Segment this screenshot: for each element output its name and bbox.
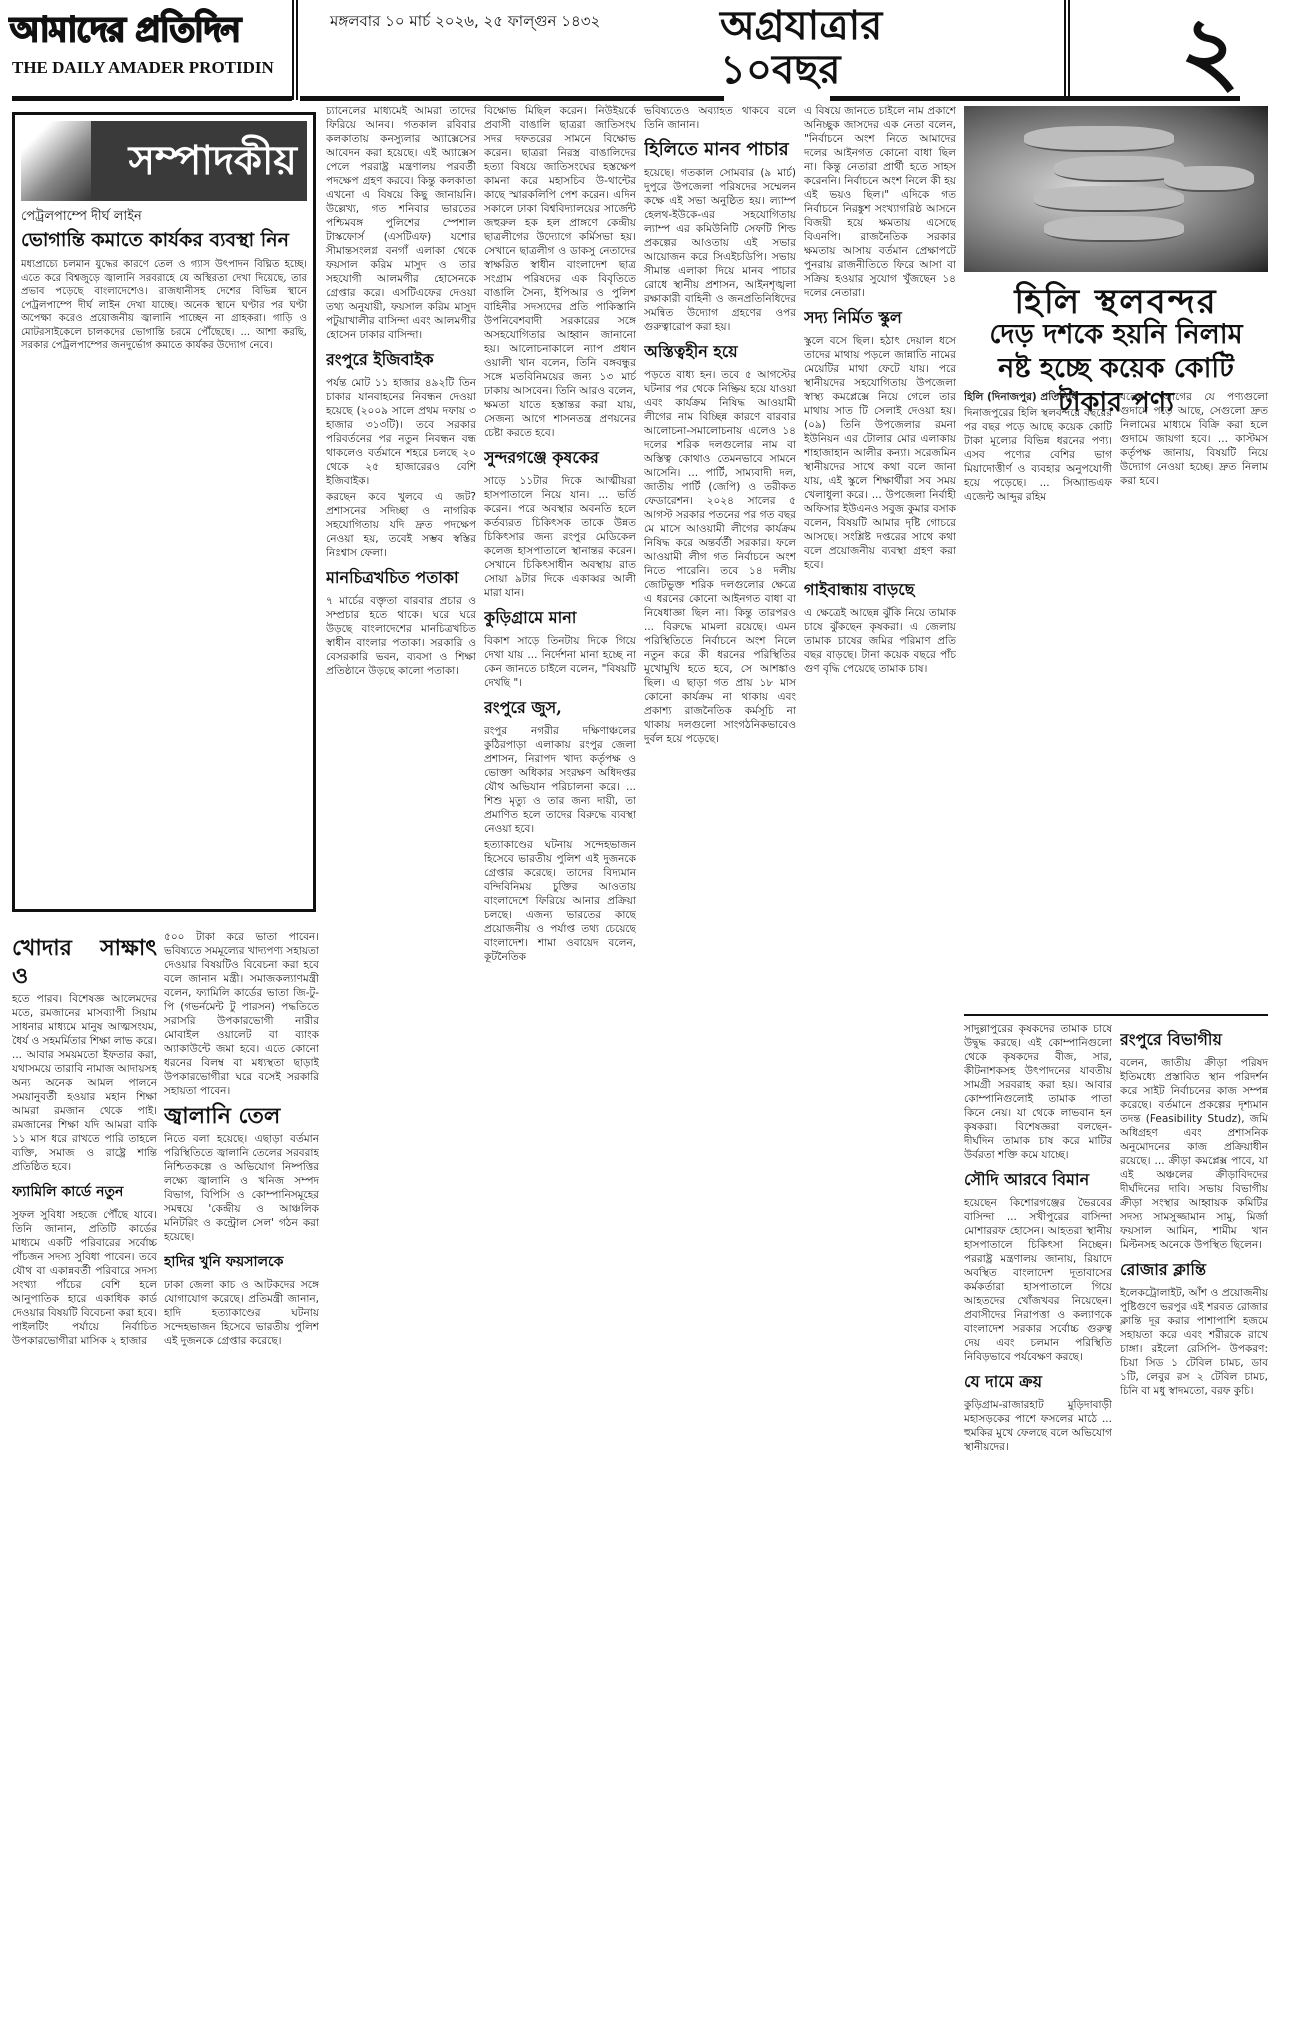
article-text: ৫০০ টাকা করে ভাতা পাবেন। ভবিষ্যতে সমমূল্… [164,930,319,1098]
article-text: দিনাজপুরের হিলি স্থলবন্দরে বছরের পর বছর … [964,406,1112,504]
section-heading[interactable]: কুড়িগ্রামে মানা [484,604,636,632]
masthead: আমাদের প্রতিদিন THE DAILY AMADER PROTIDI… [0,0,1296,100]
section-heading[interactable]: সদ্য নির্মিত স্কুল [804,304,956,332]
anniversary-line1: অগ্রযাত্রার [720,4,882,48]
article-column: বিক্ষোভ মিছিল করেন। নিউইয়র্কে প্রবাসী ব… [484,104,636,2024]
section-heading[interactable]: ফ্যামিলি কার্ডে নতুন [12,1178,157,1206]
editorial-body: মধ্যপ্রাচ্যে চলমান যুদ্ধের কারণে তেল ও গ… [21,258,307,878]
article-text: স্কুলে বসে ছিল। হঠাৎ দেয়াল ধসে তাদের মা… [804,334,956,572]
article-text: সাদুল্লাপুরের কৃষকদের তামাক চাষে উদ্বুদ্… [964,1022,1112,1162]
masthead-divider [292,0,298,100]
masthead-rule [300,96,724,101]
section-heading[interactable]: খোদার সাক্ষাৎ ও [12,934,157,990]
newspaper-logo[interactable]: আমাদের প্রতিদিন [10,4,240,61]
brush-decoration-icon [21,121,91,201]
dateline: হিলি (দিনাজপুর) প্রতিনিধি [964,390,1112,404]
section-heading[interactable]: রংপুরে ইজিবাইক [326,346,476,374]
section-heading[interactable]: যে দামে ক্রয় [964,1368,1112,1396]
article-text: এ ক্ষেত্রেই আছেন্ন ঝুঁকি নিয়ে তামাক চাষ… [804,606,956,676]
article-column: খোদার সাক্ষাৎ ও হতে পারব। বিশেষজ্ঞ আলেমদ… [12,930,157,2030]
section-heading[interactable]: গাইবান্ধায় বাড়ছে [804,576,956,604]
newspaper-name-english: THE DAILY AMADER PROTIDIN [12,58,274,78]
article-text: বলেন, জাতীয় ক্রীড়া পরিষদ ইতিমধ্যে প্রস… [1120,1056,1268,1252]
article-text: ভবিষ্যতেও অব্যাহত থাকবে বলে তিনি জানান। [644,104,796,132]
lead-headline-line1: দেড় দশকে হয়নি নিলাম [964,318,1268,352]
article-text: কুড়িগ্রাম-রাজারহাট মুড়িদাবাড়ী মহাসড়ক… [964,1398,1112,1454]
anniversary-badge: অগ্রযাত্রার ১০বছর [720,4,882,92]
masthead-divider [1064,0,1070,100]
article-text: বিকাশ সাড়ে তিনটায় দিকে গিয়ে দেখা যায়… [484,634,636,690]
masthead-rule [12,96,292,101]
section-heading[interactable]: হিলিতে মানব পাচার [644,136,796,164]
page-number: ২ [1180,0,1240,100]
section-heading[interactable]: মানচিত্রখচিত পতাকা [326,564,476,592]
editorial-banner: সম্পাদকীয় [21,121,307,201]
section-heading[interactable]: অস্তিত্বহীন হয়ে [644,338,796,366]
article-text: ইলেকট্রোলাইট, আঁশ ও প্রয়োজনীয় পুষ্টিগু… [1120,1286,1268,1398]
article-text: বলেন, 'আগের যে পণ্যগুলো গুদামে পড়ে আছে,… [1120,390,1268,488]
section-heading[interactable]: হাদির খুনি ফয়সালকে [164,1248,319,1276]
article-text: পর্যন্ত মোট ১১ হাজার ৪৯২টি তিন চাকার যান… [326,376,476,488]
anniversary-line2: ১০বছর [720,48,882,92]
editorial-kicker: পেট্রলপাম্পে দীর্ঘ লাইন [21,207,307,228]
article-text: হয়েছেন কিশোরগঞ্জের ভৈরবের বাসিন্দা ... … [964,1196,1112,1364]
article-column: ভবিষ্যতেও অব্যাহত থাকবে বলে তিনি জানান। … [644,104,796,2024]
article-column: রংপুরে বিভাগীয় বলেন, জাতীয় ক্রীড়া পরি… [1120,1022,1268,2022]
lead-photo-sacks[interactable] [964,106,1268,272]
section-heading[interactable]: সুন্দরগঞ্জে কৃষকের [484,444,636,472]
publication-date: মঙ্গলবার ১০ মার্চ ২০২৬, ২৫ ফাল্গুন ১৪৩২ [330,10,600,35]
article-text: চ্যানেলের মাধ্যমেই আমরা তাদের ফিরিয়ে আন… [326,104,476,342]
article-column: চ্যানেলের মাধ্যমেই আমরা তাদের ফিরিয়ে আন… [326,104,476,2024]
article-text: সুফল সুবিধা সহজে পৌঁছে যাবে। তিনি জানান,… [12,1208,157,1348]
article-text: এ বিষয়ে জানতে চাইলে নাম প্রকাশে অনিচ্ছু… [804,104,956,300]
article-text: করছেন কবে খুলবে এ জট? প্রশাসনের সদিচ্ছা … [326,490,476,560]
article-text: রংপুর নগরীর দক্ষিণাঞ্চলের কুঠিরপাড়া এলা… [484,724,636,836]
masthead-rule [830,96,1240,101]
sack-shape [1164,166,1254,192]
section-divider [964,1014,1268,1016]
article-text: হত্যাকাণ্ডের ঘটনায় সন্দেহভাজন হিসেবে ভা… [484,838,636,964]
editorial-box: সম্পাদকীয় পেট্রলপাম্পে দীর্ঘ লাইন ভোগান… [12,112,316,912]
editorial-banner-title: সম্পাদকীয় [129,137,297,184]
section-heading[interactable]: রংপুরে বিভাগীয় [1120,1026,1268,1054]
editorial-headline[interactable]: ভোগান্তি কমাতে কার্যকর ব্যবস্থা নিন [21,228,307,252]
sack-shape [1044,216,1184,242]
article-text: সাড়ে ১১টার দিকে আত্মীয়রা হাসপাতালে নিয… [484,474,636,600]
article-column: সাদুল্লাপুরের কৃষকদের তামাক চাষে উদ্বুদ্… [964,1022,1112,2022]
section-heading[interactable]: রংপুরে জুস, [484,694,636,722]
sack-shape [1034,186,1184,212]
sack-shape [1024,126,1174,152]
article-column: বলেন, 'আগের যে পণ্যগুলো গুদামে পড়ে আছে,… [1120,390,1268,1010]
article-text: নিতে বলা হয়েছে। এছাড়া বর্তমান পরিস্থিত… [164,1132,319,1244]
article-text: পড়তে বাধ্য হন। তবে ৫ আগস্টের ঘটনার পর থ… [644,368,796,746]
article-text: ৭ মার্চের বক্তৃতা বারবার প্রচার ও সম্প্র… [326,594,476,678]
article-text: ঢাকা জেলা কাচ ও আটকদের সঙ্গে যোগাযোগ করে… [164,1278,319,1348]
section-heading[interactable]: সৌদি আরবে বিমান [964,1166,1112,1194]
section-heading[interactable]: জ্বালানি তেল [164,1102,319,1130]
article-column: ৫০০ টাকা করে ভাতা পাবেন। ভবিষ্যতে সমমূল্… [164,930,319,2030]
article-text: হতে পারব। বিশেষজ্ঞ আলেমদের মতে, রমজানের … [12,992,157,1174]
article-column: হিলি (দিনাজপুর) প্রতিনিধি দিনাজপুরের হিল… [964,390,1112,1010]
article-text: বিক্ষোভ মিছিল করেন। নিউইয়র্কে প্রবাসী ব… [484,104,636,440]
section-heading[interactable]: রোজার ক্লান্তি [1120,1256,1268,1284]
article-column: এ বিষয়ে জানতে চাইলে নাম প্রকাশে অনিচ্ছু… [804,104,956,2024]
article-text: হয়েছে। গতকাল সোমবার (৯ মার্চ) দুপুরে উপ… [644,166,796,334]
